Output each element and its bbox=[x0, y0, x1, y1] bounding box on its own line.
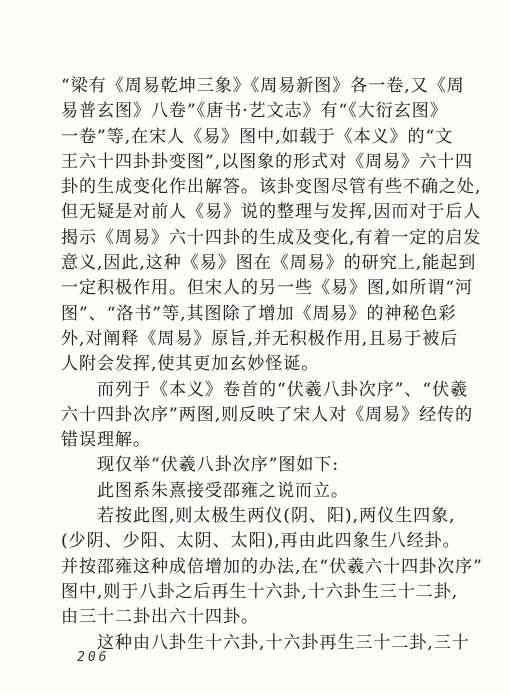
text-line: 错误理解。 bbox=[61, 428, 451, 453]
text-line: 外,对阐释《周易》原旨,并无积极作用,且易于被后 bbox=[61, 327, 451, 352]
text-line: 现仅举“伏羲八卦次序”图如下: bbox=[61, 453, 451, 478]
text-line: 王六十四卦卦变图”,以图象的形式对《周易》六十四 bbox=[61, 150, 451, 175]
page-number: 206 bbox=[77, 650, 109, 665]
book-page: “梁有《周易乾坤三象》《周易新图》各一卷,又《周易普玄图》八卷”《唐书·艺文志》… bbox=[0, 0, 509, 695]
text-line: (少阴、少阳、太阴、太阳),再由此四象生八经卦。 bbox=[61, 529, 451, 554]
text-line: 卦的生成变化作出解答。该卦变图尽管有些不确之处, bbox=[61, 175, 451, 200]
text-line: 易普玄图》八卷”《唐书·艺文志》有“《大衍玄图》 bbox=[61, 99, 451, 124]
text-line: 揭示《周易》六十四卦的生成及变化,有着一定的启发 bbox=[61, 226, 451, 251]
text-line: 一定积极作用。但宋人的另一些《易》图,如所谓“河 bbox=[61, 276, 451, 301]
text-line: 这种由八卦生十六卦,十六卦再生三十二卦,三十 bbox=[61, 631, 451, 656]
text-line: “梁有《周易乾坤三象》《周易新图》各一卷,又《周 bbox=[61, 74, 451, 99]
text-line: 六十四卦次序”两图,则反映了宋人对《周易》经传的 bbox=[61, 403, 451, 428]
text-line: 并按邵雍这种成倍增加的办法,在“伏羲六十四卦次序” bbox=[61, 555, 451, 580]
page-text: “梁有《周易乾坤三象》《周易新图》各一卷,又《周易普玄图》八卷”《唐书·艺文志》… bbox=[61, 74, 451, 656]
text-line: 但无疑是对前人《易》说的整理与发挥,因而对于后人 bbox=[61, 200, 451, 225]
text-line: 意义,因此,这种《易》图在《周易》的研究上,能起到 bbox=[61, 251, 451, 276]
text-line: 图”、“洛书”等,其图除了增加《周易》的神秘色彩 bbox=[61, 302, 451, 327]
text-line: 此图系朱熹接受邵雍之说而立。 bbox=[61, 479, 451, 504]
text-line: 若按此图,则太极生两仪(阴、阳),两仪生四象, bbox=[61, 504, 451, 529]
text-line: 人附会发挥,使其更加玄妙怪诞。 bbox=[61, 352, 451, 377]
text-line: 由三十二卦出六十四卦。 bbox=[61, 605, 451, 630]
text-line: 而列于《本义》卷首的“伏羲八卦次序”、“伏羲 bbox=[61, 378, 451, 403]
text-line: 一卷”等,在宋人《易》图中,如载于《本义》的“文 bbox=[61, 125, 451, 150]
text-line: 图中,则于八卦之后再生十六卦,十六卦生三十二卦, bbox=[61, 580, 451, 605]
